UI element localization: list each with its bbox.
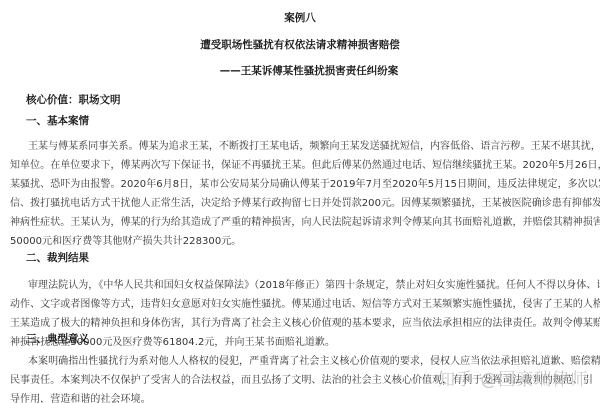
paragraph-line: 王某造成了极大的精神负担和身体伤害，其行为背离了社会主义核心价值观的基本要求，应…	[10, 314, 600, 329]
paragraph-line: 导作用，营造和谐的社会环境。	[10, 390, 151, 403]
section-heading-basic-facts: 一、基本案情	[26, 113, 89, 128]
watermark: 知乎 @国紊瑞律师	[438, 365, 588, 390]
paragraph-line: 50000元和医疗费等其他财产损失共计228300元。	[10, 232, 241, 247]
paragraph-line: 信、拨打骚扰电话方式干扰他人正常生活，决定给予傅某行政拘留七日并处罚款200元。…	[10, 194, 600, 209]
paragraph-line: 审理法院认为，《中华人民共和国妇女权益保障法》（2018年修正）第四十条规定，禁…	[28, 276, 600, 291]
document-subtitle: ——王某诉傅某性骚扰损害责任纠纷案	[0, 63, 600, 78]
section-heading-significance: 三、典型意义	[26, 331, 89, 346]
core-value: 核心价值：职场文明	[26, 92, 121, 107]
document-title: 遭受职场性骚扰有权依法请求精神损害赔偿	[0, 37, 600, 52]
section-heading-judgment: 二、裁判结果	[26, 250, 89, 265]
case-number: 案例八	[0, 10, 600, 25]
paragraph-line: 神病性症状。王某认为，傅某的行为给其造成了严重的精神损害，向人民法院起诉请求判令…	[10, 213, 600, 228]
paragraph-line: 某骚扰、恐吓为由报警。2020年6月8日，某市公安局某分局确认傅某于2019年7…	[10, 175, 600, 190]
paragraph-line: 动作、文字或者图像等方式，违背妇女意愿对妇女实施性骚扰。傅某通过电话、短信等方式…	[10, 295, 600, 310]
paragraph-line: 王某与傅某系同事关系。傅某为追求王某，不断拨打王某电话，频繁向王某发送骚扰短信，…	[28, 137, 600, 152]
paragraph-line: 知单位。在单位要求下，傅某两次写下保证书，保证不再骚扰王某。但此后傅某仍然通过电…	[10, 156, 600, 171]
